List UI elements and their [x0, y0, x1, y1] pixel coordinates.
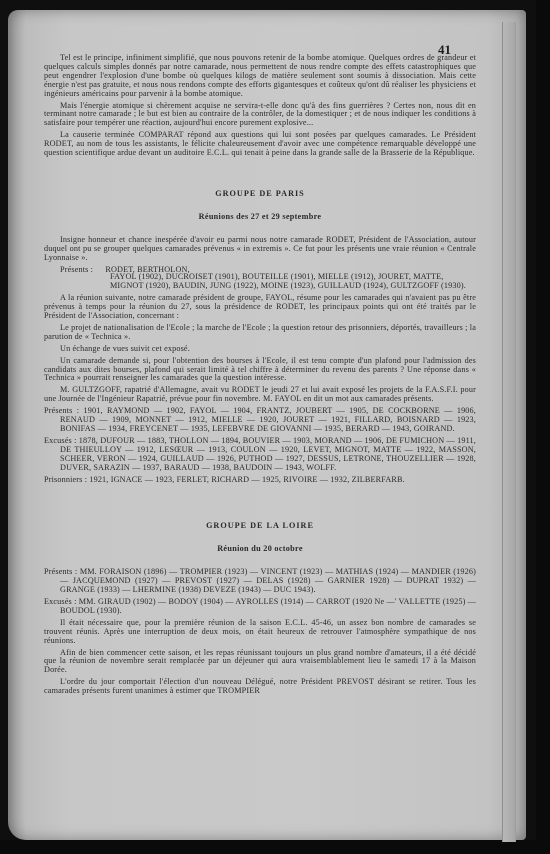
- presents-label: Présents :: [60, 265, 93, 274]
- paragraph: Tel est le principe, infiniment simplifi…: [44, 54, 476, 99]
- paragraph: Un échange de vues suivit cet exposé.: [44, 345, 476, 354]
- scan-border-right: [536, 0, 550, 854]
- list-label: Excusés :: [44, 597, 77, 606]
- section-subtitle: Réunions des 27 et 29 septembre: [44, 213, 476, 222]
- list-text: MM. GIRAUD (1902) — BODOY (1904) — AYROL…: [60, 597, 476, 615]
- paragraph: Un camarade demande si, pour l'obtention…: [44, 357, 476, 384]
- section-title: GROUPE DE PARIS: [44, 190, 476, 199]
- section-title: GROUPE DE LA LOIRE: [44, 522, 476, 531]
- attendance-list-prisonniers: Prisonniers : 1921, IGNACE — 1923, FERLE…: [44, 476, 476, 485]
- list-label: Prisonniers :: [44, 475, 87, 484]
- list-label: Excusés :: [44, 436, 77, 445]
- scan-border-bottom: [0, 840, 550, 854]
- presents-names: FAYOL (1902), DUCROISET (1901), BOUTEILL…: [44, 273, 476, 291]
- paragraph: M. GULTZGOFF, rapatrié d'Allemagne, avai…: [44, 386, 476, 404]
- presents-block: Présents : RODET, BERTHOLON, FAYOL (1902…: [44, 266, 476, 292]
- paragraph: La causerie terminée COMPARAT répond aux…: [44, 131, 476, 158]
- paragraph: Mais l'énergie atomique si chèrement acq…: [44, 102, 476, 129]
- groupe-loire-section: GROUPE DE LA LOIRE Réunion du 20 octobre…: [44, 522, 476, 696]
- page-edge: [502, 22, 516, 842]
- attendance-list-presents: Présents : MM. FORAISON (1896) — TROMPIE…: [44, 568, 476, 595]
- page-content: Tel est le principe, infiniment simplifi…: [44, 44, 476, 699]
- intro-section: Tel est le principe, infiniment simplifi…: [44, 54, 476, 158]
- list-text: 1921, IGNACE — 1923, FERLET, RICHARD — 1…: [89, 475, 404, 484]
- paragraph: Il était nécessaire que, pour la premièr…: [44, 619, 476, 646]
- list-text: 1901, RAYMOND — 1902, FAYOL — 1904, FRAN…: [60, 406, 476, 433]
- list-text: 1878, DUFOUR — 1883, THOLLON — 1894, BOU…: [60, 436, 476, 472]
- attendance-list-presents: Présents : 1901, RAYMOND — 1902, FAYOL —…: [44, 407, 476, 434]
- paragraph: Le projet de nationalisation de l'Ecole …: [44, 324, 476, 342]
- paragraph: L'ordre du jour comportait l'élection d'…: [44, 678, 476, 696]
- paragraph: Afin de bien commencer cette saison, et …: [44, 649, 476, 676]
- paragraph: Insigne honneur et chance inespérée d'av…: [44, 236, 476, 263]
- attendance-list-excuses: Excusés : 1878, DUFOUR — 1883, THOLLON —…: [44, 437, 476, 473]
- paragraph: A la réunion suivante, notre camarade pr…: [44, 294, 476, 321]
- attendance-list-excuses: Excusés : MM. GIRAUD (1902) — BODOY (190…: [44, 598, 476, 616]
- list-text: MM. FORAISON (1896) — TROMPIER (1923) — …: [60, 567, 476, 594]
- section-subtitle: Réunion du 20 octobre: [44, 545, 476, 554]
- list-label: Présents :: [44, 406, 79, 415]
- list-label: Présents :: [44, 567, 77, 576]
- groupe-paris-section: GROUPE DE PARIS Réunions des 27 et 29 se…: [44, 190, 476, 484]
